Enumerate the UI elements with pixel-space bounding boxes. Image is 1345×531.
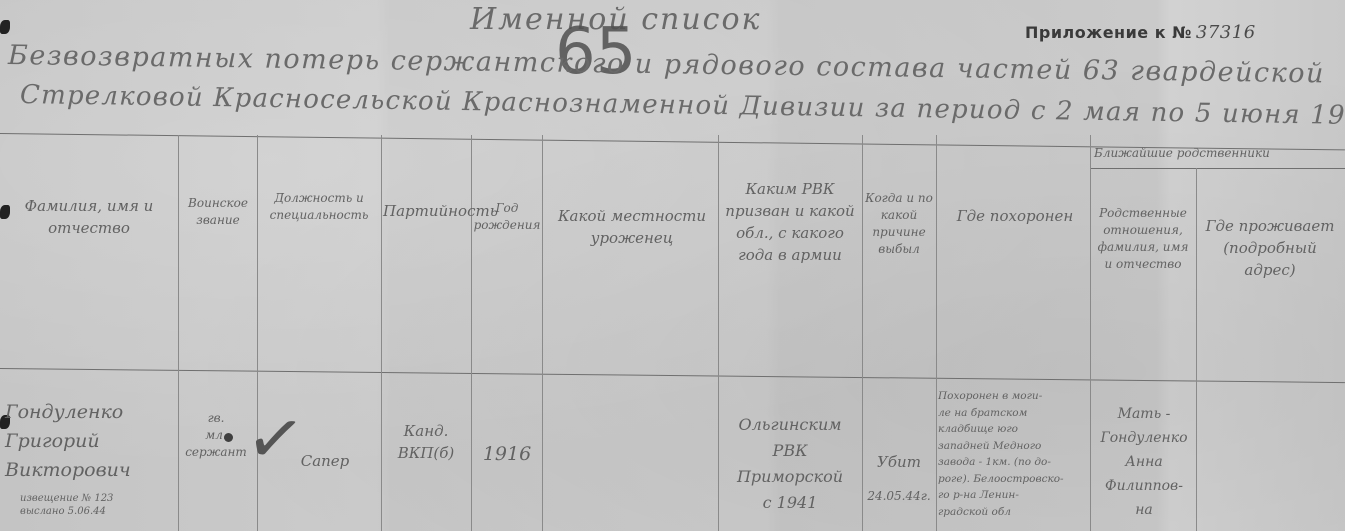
- draft-line: Ольгинским: [720, 412, 860, 438]
- draft-line: с 1941: [720, 490, 860, 516]
- burial-line: кладбище юго: [938, 421, 1088, 438]
- cell-name-note: извещение № 123 выслано 5.06.44: [20, 492, 170, 518]
- rank-line: мл.: [178, 427, 254, 444]
- column-divider: [1196, 168, 1197, 531]
- cell-birth-year: 1916: [473, 440, 541, 469]
- group-header-divider: [1090, 168, 1345, 169]
- cell-relative: Мать - Гондуленко Анна Филиппов- на: [1092, 402, 1196, 522]
- col-header-draft: Каким РВК призван и какой обл., с какого…: [722, 178, 858, 266]
- surname: Гондуленко: [5, 398, 175, 427]
- burial-line: ле на братском: [938, 405, 1088, 422]
- draft-line: Приморской: [720, 464, 860, 490]
- burial-line: го р-на Ленин-: [938, 487, 1088, 504]
- relative-line: Мать -: [1092, 402, 1196, 426]
- cell-party: Канд. ВКП(б): [383, 420, 469, 464]
- stamp-label: Приложение к №: [1025, 23, 1192, 42]
- col-header-address: Где проживает (подробный адрес): [1200, 215, 1340, 281]
- punch-hole: [0, 20, 10, 34]
- burial-line: роге). Белоостровско-: [938, 471, 1088, 488]
- burial-line: западней Медного: [938, 438, 1088, 455]
- relative-line: Филиппов-: [1092, 474, 1196, 498]
- burial-line: градской обл: [938, 504, 1088, 521]
- col-group-header-relatives: Ближайшие родственники: [1094, 145, 1345, 162]
- column-divider: [542, 135, 543, 531]
- relative-line: Анна: [1092, 450, 1196, 474]
- column-divider: [381, 135, 382, 531]
- col-header-native-place: Какой местности уроженец: [552, 205, 712, 249]
- col-header-birth-year: Год рождения: [473, 200, 541, 234]
- col-header-rank: Воинское звание: [180, 195, 256, 229]
- col-header-burial: Где похоронен: [950, 205, 1080, 227]
- column-divider: [178, 135, 179, 531]
- ink-dot: [224, 433, 233, 442]
- col-header-death: Когда и по какой причине выбыл: [864, 190, 934, 258]
- party-line: ВКП(б): [383, 442, 469, 464]
- party-line: Канд.: [383, 420, 469, 442]
- notice-sent-date: выслано 5.06.44: [20, 505, 170, 518]
- notice-number: извещение № 123: [20, 492, 170, 505]
- patronymic: Викторович: [5, 456, 175, 485]
- death-date: 24.05.44г.: [864, 479, 934, 513]
- column-divider: [1090, 135, 1091, 531]
- col-header-relative: Родственные отношения, фамилия, имя и от…: [1092, 205, 1194, 273]
- cell-burial: Похоронен в моги- ле на братском кладбищ…: [938, 388, 1088, 520]
- burial-line: Похоронен в моги-: [938, 388, 1088, 405]
- relative-line: на: [1092, 498, 1196, 522]
- stamp-number: 37316: [1196, 22, 1256, 43]
- column-divider: [862, 135, 863, 531]
- rank-line: гв.: [178, 410, 254, 427]
- burial-line: завода - 1км. (по до-: [938, 454, 1088, 471]
- archive-stamp: Приложение к №37316: [1025, 22, 1256, 43]
- col-header-party: Партийность: [383, 200, 469, 222]
- column-divider: [471, 135, 472, 531]
- first-name: Григорий: [5, 427, 175, 456]
- cell-draft: Ольгинским РВК Приморской с 1941: [720, 412, 860, 516]
- col-header-position: Должность и специальность: [259, 190, 379, 224]
- column-divider: [936, 135, 937, 531]
- draft-line: РВК: [720, 438, 860, 464]
- column-divider: [718, 135, 719, 531]
- cell-death: Убит 24.05.44г.: [864, 445, 934, 513]
- relative-line: Гондуленко: [1092, 426, 1196, 450]
- cell-position: Сапер: [270, 450, 380, 472]
- col-header-name: Фамилия, имя и отчество: [0, 195, 178, 239]
- cell-name: Гондуленко Григорий Викторович: [5, 398, 175, 485]
- death-cause: Убит: [864, 445, 934, 479]
